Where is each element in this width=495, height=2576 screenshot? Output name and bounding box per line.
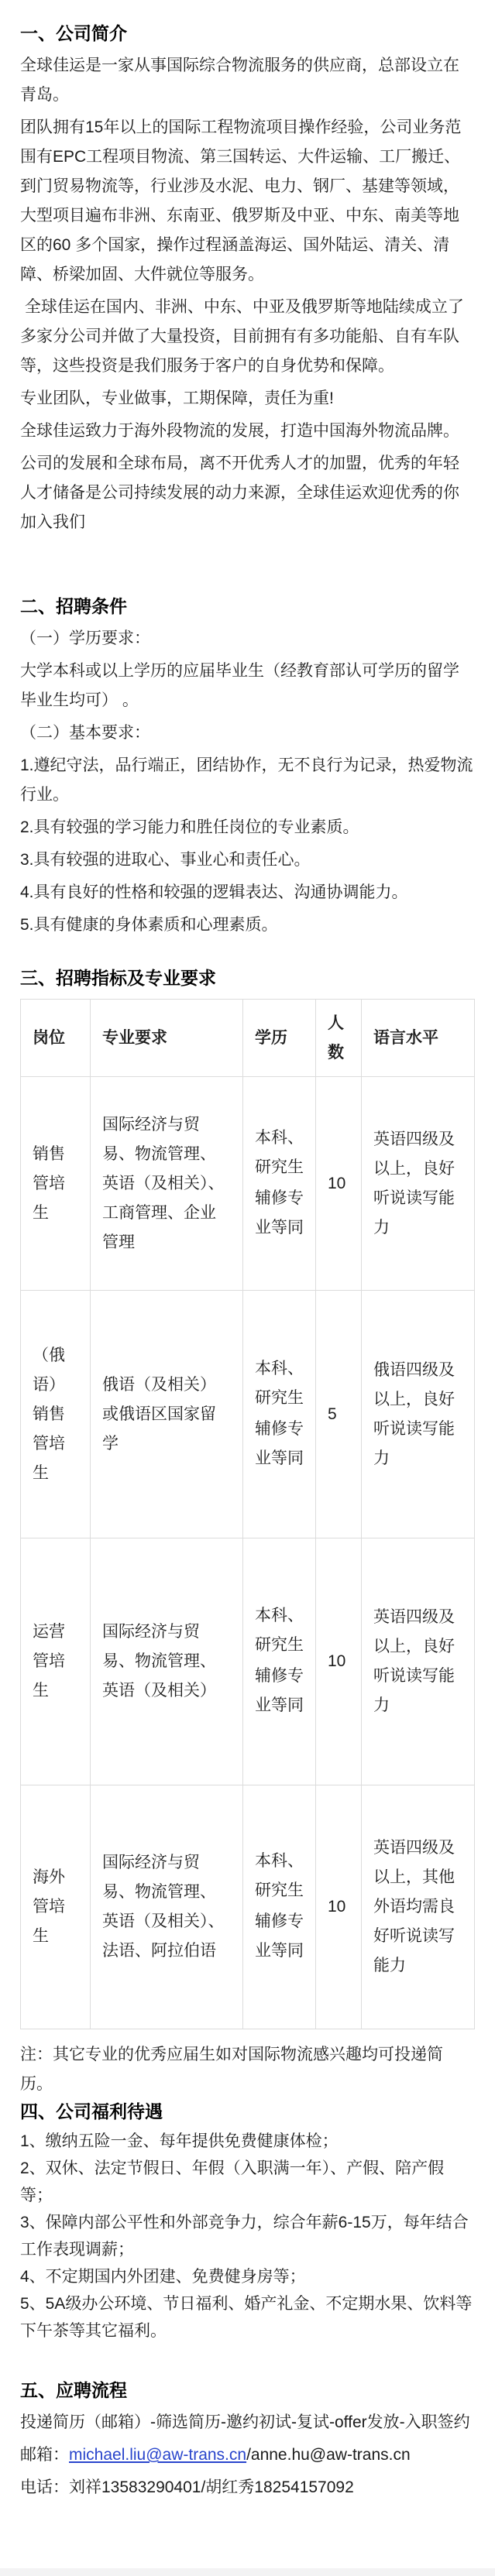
table-row: （俄语）销售管培生 俄语（及相关）或俄语区国家留学 本科、研究生 辅修专业等同 … (21, 1291, 475, 1538)
condition-item: 4.具有良好的性格和较强的逻辑表达、沟通协调能力。 (20, 878, 475, 907)
cell-major: 俄语（及相关）或俄语区国家留学 (91, 1291, 243, 1538)
col-header-education: 学历 (243, 1000, 316, 1077)
table-header-row: 岗位 专业要求 学历 人数 语言水平 (21, 1000, 475, 1077)
education-line: 辅修专业等同 (255, 1662, 304, 1720)
phone-line: 电话：刘祥13583290401/胡红秀18254157092 (20, 2473, 475, 2502)
section-positions: 三、招聘指标及专业要求 岗位 专业要求 学历 人数 语言水平 销售管培生 国际经… (20, 966, 475, 2099)
condition-item: （二）基本要求： (20, 719, 475, 748)
benefit-item: 1、缴纳五险一金、每年提供免费健康体检； (20, 2128, 475, 2155)
table-note: 注：其它专业的优秀应届生如对国际物流感兴趣均可投递简历。 (20, 2040, 475, 2099)
paragraph: 全球佳运在国内、非洲、中东、中亚及俄罗斯等地陆续成立了多家分公司并做了大量投资，… (20, 293, 475, 381)
benefit-item: 4、不定期国内外团建、免费健身房等； (20, 2263, 475, 2290)
condition-item: 大学本科或以上学历的应届毕业生（经教育部认可学历的留学毕业生均可） 。 (20, 657, 475, 715)
paragraph: 公司的发展和全球布局，离不开优秀人才的加盟，优秀的年轻人才储备是公司持续发展的动… (20, 449, 475, 537)
email-secondary: /anne.hu@aw-trans.cn (246, 2446, 411, 2464)
email-line: 邮箱：michael.liu@aw-trans.cn/anne.hu@aw-tr… (20, 2441, 475, 2470)
cell-education: 本科、研究生 辅修专业等同 (243, 1538, 316, 1785)
process-flow: 投递简历（邮箱）-筛选简历-邀约初试-复试-offer发放-入职签约 (20, 2408, 475, 2437)
condition-item: 3.具有较强的进取心、事业心和责任心。 (20, 846, 475, 875)
cell-language: 英语四级及以上，良好听说读写能力 (362, 1538, 475, 1785)
section-title-apply-process: 五、应聘流程 (20, 2379, 475, 2402)
table-row: 运营管培生 国际经济与贸易、物流管理、英语（及相关） 本科、研究生 辅修专业等同… (21, 1538, 475, 1785)
cell-position: （俄语）销售管培生 (21, 1291, 91, 1538)
cell-position: 运营管培生 (21, 1538, 91, 1785)
cell-major: 国际经济与贸易、物流管理、英语（及相关） (91, 1538, 243, 1785)
cell-count: 10 (316, 1538, 362, 1785)
cell-major: 国际经济与贸易、物流管理、英语（及相关）、工商管理、企业管理 (91, 1077, 243, 1291)
col-header-position: 岗位 (21, 1000, 91, 1077)
cell-position: 销售管培生 (21, 1077, 91, 1291)
cell-language: 英语四级及以上，其他外语均需良好听说读写能力 (362, 1785, 475, 2029)
paragraph: 专业团队，专业做事，工期保障，责任为重! (20, 384, 475, 413)
section-recruit-conditions: 二、招聘条件 （一）学历要求： 大学本科或以上学历的应届毕业生（经教育部认可学历… (20, 595, 475, 943)
condition-item: 2.具有较强的学习能力和胜任岗位的专业素质。 (20, 813, 475, 842)
section-benefits: 四、公司福利待遇 1、缴纳五险一金、每年提供免费健康体检； 2、双休、法定节假日… (20, 2100, 475, 2344)
education-line: 本科、研究生 (255, 1354, 304, 1413)
condition-item: （一）学历要求： (20, 624, 475, 653)
cell-major: 国际经济与贸易、物流管理、英语（及相关）、法语、阿拉伯语 (91, 1785, 243, 2029)
cell-language: 俄语四级及以上，良好听说读写能力 (362, 1291, 475, 1538)
paragraph: 全球佳运是一家从事国际综合物流服务的供应商，总部设立在青岛。 (20, 51, 475, 110)
section-company-intro: 一、公司简介 全球佳运是一家从事国际综合物流服务的供应商，总部设立在青岛。 团队… (20, 22, 475, 540)
col-header-count: 人数 (316, 1000, 362, 1077)
job-posting-page: 一、公司简介 全球佳运是一家从事国际综合物流服务的供应商，总部设立在青岛。 团队… (0, 0, 495, 2576)
section-title-benefits: 四、公司福利待遇 (20, 2100, 475, 2123)
education-line: 本科、研究生 (255, 1123, 304, 1182)
education-line: 辅修专业等同 (255, 1184, 304, 1243)
benefit-item: 2、双休、法定节假日、年假（入职满一年）、产假、陪产假等； (20, 2155, 475, 2209)
cell-education: 本科、研究生 辅修专业等同 (243, 1785, 316, 2029)
benefit-item: 3、保障内部公平性和外部竞争力，综合年薪6-15万，每年结合工作表现调薪； (20, 2209, 475, 2263)
email-label: 邮箱： (20, 2446, 69, 2464)
cell-count: 5 (316, 1291, 362, 1538)
table-row: 海外管培生 国际经济与贸易、物流管理、英语（及相关）、法语、阿拉伯语 本科、研究… (21, 1785, 475, 2029)
paragraph: 全球佳运致力于海外段物流的发展，打造中国海外物流品牌。 (20, 417, 475, 446)
bottom-gray-bar (0, 2568, 495, 2576)
cell-position: 海外管培生 (21, 1785, 91, 2029)
cell-language: 英语四级及以上，良好听说读写能力 (362, 1077, 475, 1291)
condition-item: 5.具有健康的身体素质和心理素质。 (20, 911, 475, 940)
education-line: 本科、研究生 (255, 1601, 304, 1660)
section-title-recruit-conditions: 二、招聘条件 (20, 595, 475, 618)
email-link[interactable]: michael.liu@aw-trans.cn (69, 2446, 246, 2464)
section-title-company-intro: 一、公司简介 (20, 22, 475, 45)
cell-education: 本科、研究生 辅修专业等同 (243, 1291, 316, 1538)
cell-count: 10 (316, 1785, 362, 2029)
education-line: 本科、研究生 (255, 1847, 304, 1905)
benefit-item: 5、5A级办公环境、节日福利、婚产礼金、不定期水果、饮料等下午茶等其它福利。 (20, 2290, 475, 2344)
col-header-major: 专业要求 (91, 1000, 243, 1077)
cell-education: 本科、研究生 辅修专业等同 (243, 1077, 316, 1291)
section-apply-process: 五、应聘流程 投递简历（邮箱）-筛选简历-邀约初试-复试-offer发放-入职签… (20, 2379, 475, 2506)
table-row: 销售管培生 国际经济与贸易、物流管理、英语（及相关）、工商管理、企业管理 本科、… (21, 1077, 475, 1291)
col-header-language: 语言水平 (362, 1000, 475, 1077)
cell-count: 10 (316, 1077, 362, 1291)
education-line: 辅修专业等同 (255, 1415, 304, 1473)
condition-item: 1.遵纪守法，品行端正，团结协作，无不良行为记录，热爱物流行业。 (20, 751, 475, 810)
paragraph: 团队拥有15年以上的国际工程物流项目操作经验，公司业务范围有EPC工程项目物流、… (20, 113, 475, 290)
education-line: 辅修专业等同 (255, 1907, 304, 1966)
positions-table: 岗位 专业要求 学历 人数 语言水平 销售管培生 国际经济与贸易、物流管理、英语… (20, 999, 475, 2029)
section-title-positions: 三、招聘指标及专业要求 (20, 966, 475, 990)
